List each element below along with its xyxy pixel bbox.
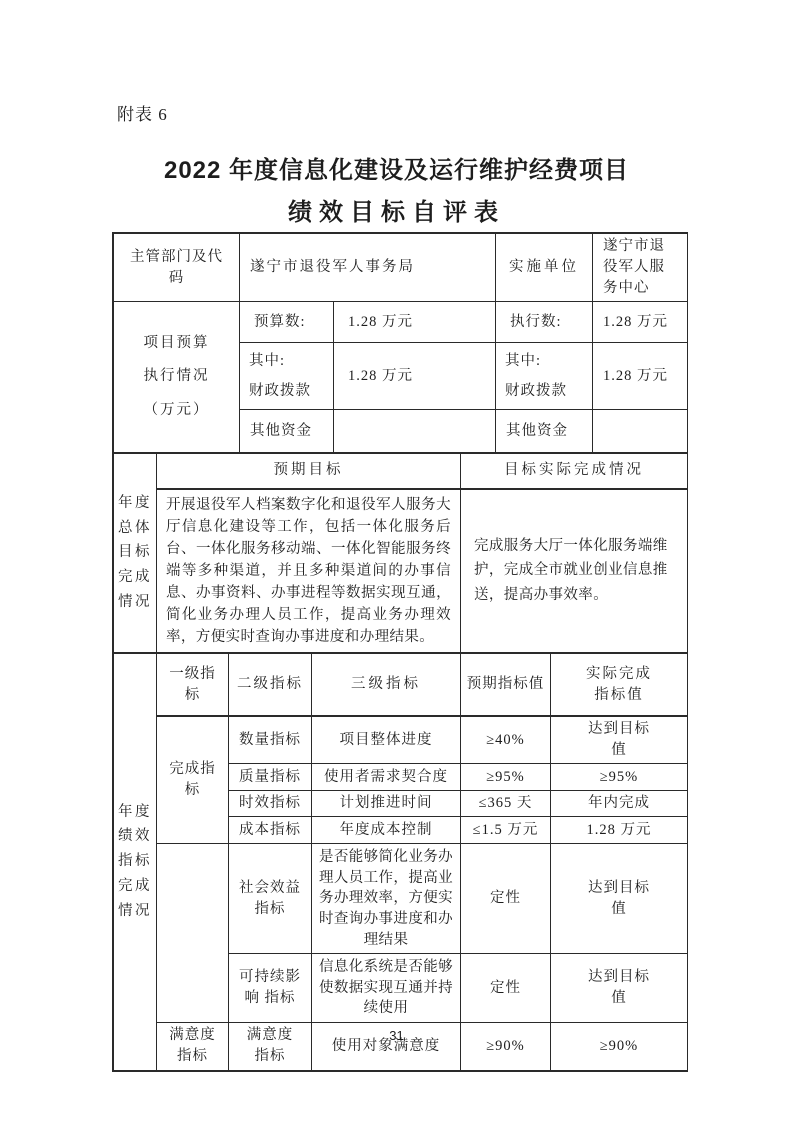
document-title-line2: 绩效目标自评表 — [0, 192, 793, 227]
expected-goal-text: 开展退役军人档案数字化和退役军人服务大厅信息化建设等工作，包括一体化服务后台、一… — [157, 489, 461, 653]
expected-value-cell: ≤1.5 万元 — [461, 817, 551, 844]
actual-value-cell: 达到目标 值 — [551, 844, 688, 954]
level2-cell: 时效指标 — [229, 791, 312, 817]
indicators-section: 年度 绩效 指标 完成 情况 一级指 标 二级指标 三级指标 预期指标值 实际完… — [113, 653, 688, 1071]
self-evaluation-table: 主管部门及代 码 遂宁市退役军人事务局 实施单位 遂宁市退 役军人服 务中心 项… — [112, 232, 688, 1072]
level2-cell: 质量指标 — [229, 764, 312, 791]
budget-right-label: 其中: 财政拨款 — [496, 343, 593, 410]
table-row: 年度 绩效 指标 完成 情况 一级指 标 二级指标 三级指标 预期指标值 实际完… — [114, 653, 688, 716]
actual-completion-text: 完成服务大厅一体化服务端维护，完成全市就业创业信息推送，提高办事效率。 — [461, 489, 688, 653]
budget-right-value — [593, 410, 688, 453]
budget-right-label: 其他资金 — [496, 410, 593, 453]
level2-cell: 数量指标 — [229, 716, 312, 764]
budget-right-label: 执行数: — [496, 302, 593, 343]
table-row: 开展退役军人档案数字化和退役军人服务大厅信息化建设等工作，包括一体化服务后台、一… — [114, 489, 688, 653]
budget-left-label: 预算数: — [240, 302, 334, 343]
actual-value-cell: 1.28 万元 — [551, 817, 688, 844]
expected-value-cell: ≥40% — [461, 716, 551, 764]
table-row: 主管部门及代 码 遂宁市退役军人事务局 实施单位 遂宁市退 役军人服 务中心 — [114, 234, 688, 302]
indicator-row: 社会效益 指标 是否能够简化业务办理人员工作，提高业务办理效率，方便实时查询办事… — [114, 844, 688, 954]
level2-cell: 可持续影 响 指标 — [229, 954, 312, 1023]
level3-cell: 项目整体进度 — [312, 716, 461, 764]
actual-value-cell: 年内完成 — [551, 791, 688, 817]
attachment-label: 附表 6 — [117, 100, 168, 125]
info-budget-section: 主管部门及代 码 遂宁市退役军人事务局 实施单位 遂宁市退 役军人服 务中心 项… — [113, 233, 688, 453]
budget-left-value — [334, 410, 496, 453]
level1-cell: 完成指 标 — [157, 716, 229, 844]
actual-completion-header: 目标实际完成情况 — [461, 454, 688, 489]
expected-value-header: 预期指标值 — [461, 653, 551, 716]
expected-goal-header: 预期目标 — [157, 454, 461, 489]
annual-goal-section: 年度 总体 目标 完成 情况 预期目标 目标实际完成情况 开展退役军人档案数字化… — [113, 453, 688, 653]
budget-right-value: 1.28 万元 — [593, 302, 688, 343]
actual-value-cell: 达到目标 值 — [551, 716, 688, 764]
level3-cell: 计划推进时间 — [312, 791, 461, 817]
budget-left-value: 1.28 万元 — [334, 302, 496, 343]
expected-value-cell: 定性 — [461, 844, 551, 954]
dept-label-cell: 主管部门及代 码 — [114, 234, 240, 302]
level1-cell — [157, 844, 229, 1023]
budget-left-label: 其中: 财政拨款 — [240, 343, 334, 410]
table-row: 年度 总体 目标 完成 情况 预期目标 目标实际完成情况 — [114, 454, 688, 489]
document-page: 附表 6 2022 年度信息化建设及运行维护经费项目 绩效目标自评表 主管部门及… — [0, 0, 793, 1122]
expected-value-cell: 定性 — [461, 954, 551, 1023]
level3-cell: 年度成本控制 — [312, 817, 461, 844]
impl-label-cell: 实施单位 — [496, 234, 593, 302]
actual-value-header: 实际完成 指标值 — [551, 653, 688, 716]
page-number: 31 — [0, 1028, 793, 1043]
document-title-line1: 2022 年度信息化建设及运行维护经费项目 — [0, 150, 793, 185]
expected-value-cell: ≤365 天 — [461, 791, 551, 817]
level3-cell: 使用者需求契合度 — [312, 764, 461, 791]
level3-header: 三级指标 — [312, 653, 461, 716]
level2-header: 二级指标 — [229, 653, 312, 716]
level3-cell: 是否能够简化业务办理人员工作，提高业务办理效率，方便实时查询办事进度和办理结果 — [312, 844, 461, 954]
budget-left-label: 其他资金 — [240, 410, 334, 453]
budget-left-value: 1.28 万元 — [334, 343, 496, 410]
budget-section-label: 项目预算 执行情况 （万元） — [114, 302, 240, 453]
annual-goal-section-label: 年度 总体 目标 完成 情况 — [114, 454, 157, 653]
budget-right-value: 1.28 万元 — [593, 343, 688, 410]
table-row: 项目预算 执行情况 （万元） 预算数: 1.28 万元 执行数: 1.28 万元 — [114, 302, 688, 343]
indicator-row: 完成指 标 数量指标 项目整体进度 ≥40% 达到目标 值 — [114, 716, 688, 764]
level3-cell: 信息化系统是否能够使数据实现互通并持续使用 — [312, 954, 461, 1023]
level2-cell: 成本指标 — [229, 817, 312, 844]
impl-value-cell: 遂宁市退 役军人服 务中心 — [593, 234, 688, 302]
actual-value-cell: ≥95% — [551, 764, 688, 791]
actual-value-cell: 达到目标 值 — [551, 954, 688, 1023]
expected-value-cell: ≥95% — [461, 764, 551, 791]
dept-value-cell: 遂宁市退役军人事务局 — [240, 234, 496, 302]
level1-header: 一级指 标 — [157, 653, 229, 716]
indicators-section-label: 年度 绩效 指标 完成 情况 — [114, 653, 157, 1070]
level2-cell: 社会效益 指标 — [229, 844, 312, 954]
